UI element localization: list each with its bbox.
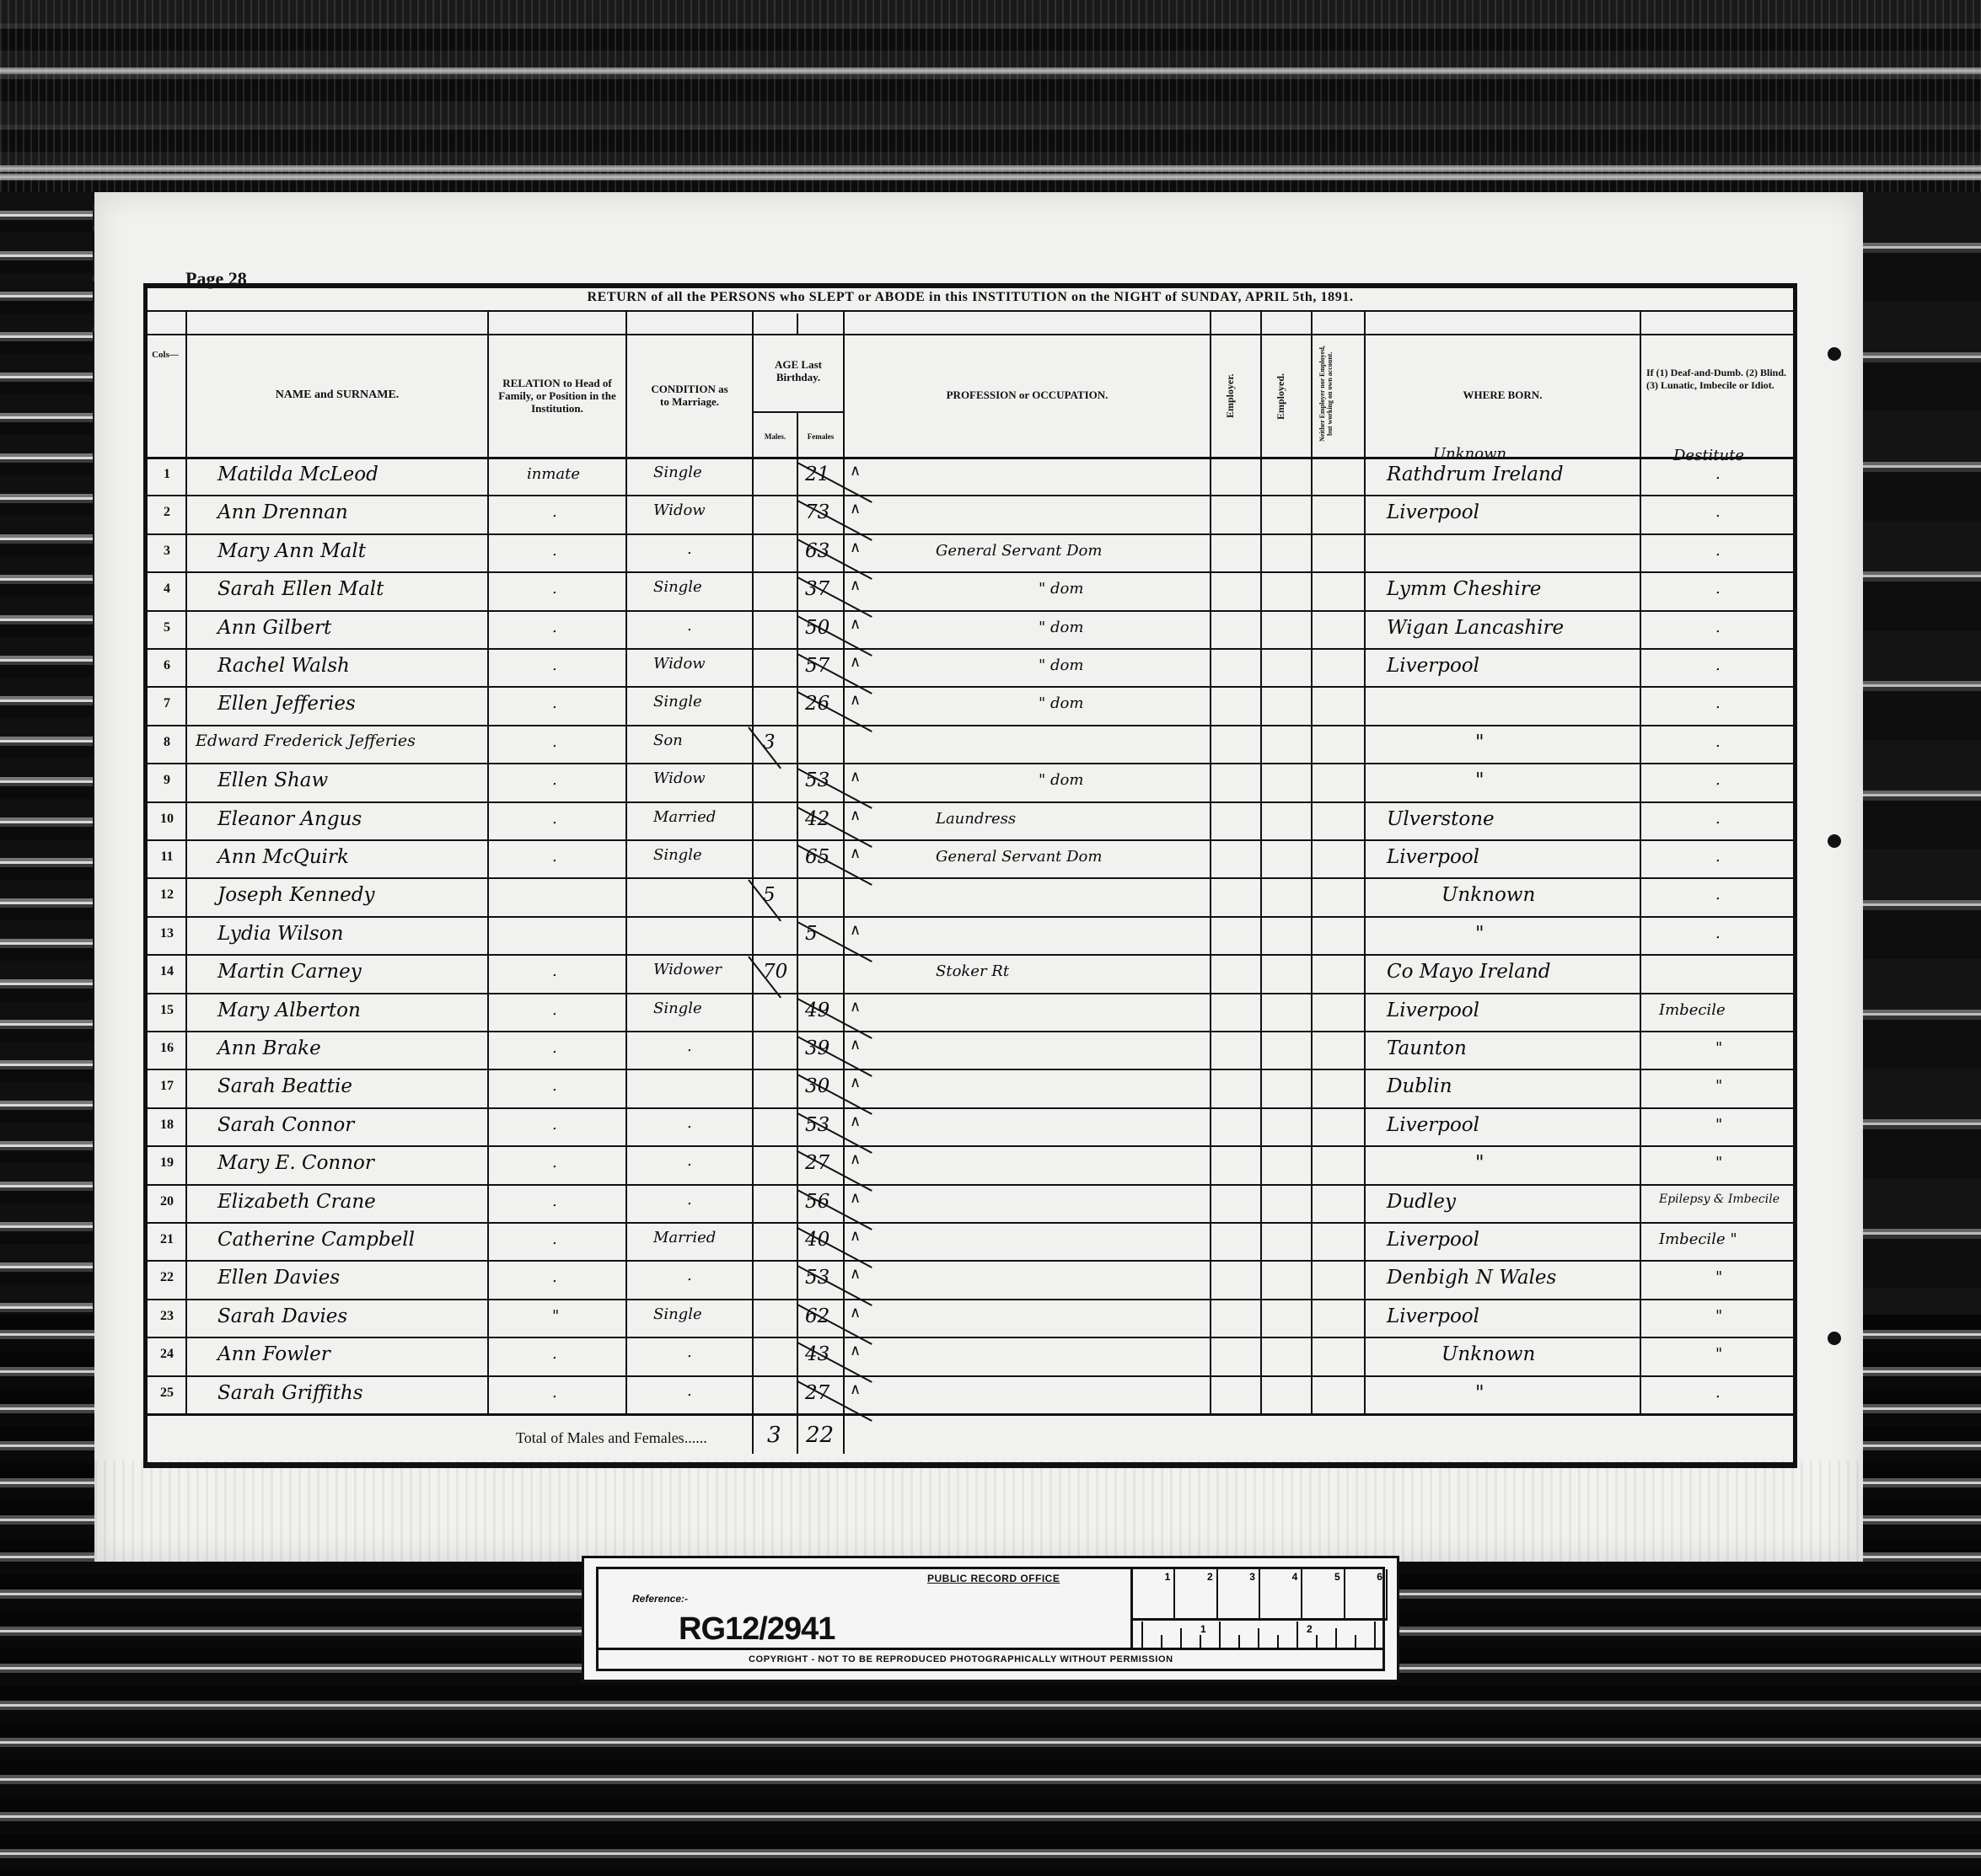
row-rule (145, 533, 1797, 535)
relation-value: . (552, 733, 557, 751)
person-name: Edward Frederick Jefferies (196, 732, 416, 750)
occupation-value: Stoker Rt (936, 962, 1009, 980)
checkmark-icon: ∧ (850, 1265, 861, 1283)
row-rule (145, 954, 1797, 956)
row-rule (145, 993, 1797, 994)
column-number (625, 314, 752, 332)
person-name: Sarah Davies (217, 1305, 347, 1327)
relation-value: . (552, 848, 557, 866)
row-number: 14 (148, 964, 185, 979)
total-females: 22 (806, 1423, 834, 1448)
relation-value: " (552, 1307, 559, 1325)
person-name: Sarah Beattie (217, 1075, 352, 1097)
row-rule (145, 1337, 1797, 1338)
checkmark-icon: ∧ (850, 1227, 861, 1245)
column-rule (1210, 310, 1211, 1413)
infirmity-value: . (1715, 886, 1721, 903)
punch-hole-icon (1828, 1332, 1841, 1345)
ruler-cm-scale: 123456 (1133, 1569, 1388, 1621)
infirmity-value: " (1715, 1268, 1722, 1286)
totals-label: Total of Males and Females...... (516, 1429, 707, 1447)
ruler-tick (1374, 1621, 1376, 1650)
scan-background-left (0, 192, 93, 1321)
infirmity-value: " (1715, 1039, 1722, 1057)
row-number: 8 (148, 735, 185, 750)
ruler-cm-cell: 4 (1260, 1569, 1302, 1618)
infirmity-value: " (1715, 1307, 1722, 1325)
infirmity-value: . (1715, 619, 1721, 636)
relation-value: . (552, 542, 557, 560)
ruler-cm-cell: 5 (1302, 1569, 1345, 1618)
row-number: 6 (148, 658, 185, 673)
birthplace-value: Wigan Lancashire (1387, 617, 1564, 639)
ruler-cm-number: 1 (1165, 1571, 1171, 1583)
row-rule (145, 1299, 1797, 1300)
row-rule (145, 1031, 1797, 1032)
header-females: Females (798, 417, 843, 455)
row-number: 19 (148, 1155, 185, 1171)
person-name: Eleanor Angus (217, 808, 362, 830)
person-name: Martin Carney (217, 961, 362, 983)
column-number (487, 314, 625, 332)
ruler-cm-number: 4 (1292, 1571, 1298, 1583)
total-males: 3 (767, 1423, 781, 1448)
column-rule (625, 310, 627, 1413)
header-neither: Neither Employer nor Employed, but worki… (1318, 341, 1356, 447)
row-number: 5 (148, 620, 185, 635)
birthplace-value: " (1475, 732, 1484, 753)
birthplace-value: " (1475, 769, 1484, 791)
checkmark-icon: ∧ (850, 539, 861, 556)
occupation-value: " dom (1039, 619, 1083, 636)
row-rule (145, 1145, 1797, 1147)
record-office-label: PUBLIC RECORD OFFICE (927, 1573, 1060, 1584)
row-number: 20 (148, 1194, 185, 1209)
condition-value: Widow (653, 769, 706, 787)
condition-value: . (687, 617, 692, 635)
checkmark-icon: ∧ (850, 462, 861, 480)
row-rule (145, 495, 1797, 496)
cols-label: Cols— (145, 346, 185, 364)
row-number: 16 (148, 1041, 185, 1056)
column-number (843, 314, 1210, 332)
row-rule (145, 763, 1797, 764)
top-note-infirmity: Destitute (1673, 447, 1744, 464)
occupation-value: " dom (1039, 657, 1083, 674)
checkmark-icon: ∧ (850, 1074, 861, 1091)
scan-background-right (1863, 192, 1981, 1321)
birthplace-value: Taunton (1387, 1037, 1467, 1059)
column-number (1364, 314, 1640, 332)
header-occupation: PROFESSION or OCCUPATION. (845, 337, 1210, 453)
checkmark-icon: ∧ (850, 768, 861, 785)
relation-value: . (552, 1154, 557, 1171)
checkmark-icon: ∧ (850, 807, 861, 824)
checkmark-icon: ∧ (850, 500, 861, 517)
birthplace-value: Rathdrum Ireland (1387, 464, 1564, 485)
checkmark-icon: ∧ (850, 691, 861, 709)
person-name: Sarah Ellen Malt (217, 578, 384, 600)
ruler-cm-cell: 2 (1175, 1569, 1217, 1618)
relation-value: . (552, 1001, 557, 1019)
condition-value: Widower (653, 961, 722, 978)
header-rule (145, 457, 1797, 459)
row-number: 3 (148, 544, 185, 559)
person-name: Ann Brake (217, 1037, 321, 1059)
infirmity-value: . (1715, 542, 1721, 560)
infirmity-value: . (1715, 810, 1721, 828)
row-number: 23 (148, 1309, 185, 1324)
row-number: 4 (148, 582, 185, 597)
scan-streak (0, 67, 1981, 74)
ruler-cm-cell: 3 (1218, 1569, 1260, 1618)
condition-value: . (687, 1267, 692, 1284)
checkmark-icon: ∧ (850, 653, 861, 671)
row-rule (145, 801, 1797, 803)
row-number: 13 (148, 926, 185, 941)
condition-value: . (687, 1382, 692, 1400)
table-frame (143, 283, 1797, 1468)
header-rule (145, 310, 1797, 312)
header-where-born: WHERE BORN. (1366, 337, 1640, 453)
header-age: AGE Last Birthday. (754, 337, 843, 405)
infirmity-value: Imbecile (1659, 1001, 1726, 1019)
relation-value: . (552, 657, 557, 674)
row-rule (145, 916, 1797, 918)
infirmity-value: . (1715, 733, 1721, 751)
reference-slip: PUBLIC RECORD OFFICE Reference:- RG12/29… (582, 1556, 1399, 1682)
row-number: 9 (148, 773, 185, 788)
row-number: 11 (148, 850, 185, 865)
row-number: 1 (148, 467, 185, 482)
person-name: Ann Fowler (217, 1343, 330, 1365)
relation-value: . (552, 1384, 557, 1402)
ruler-inch-number: 1 (1200, 1623, 1206, 1635)
checkmark-icon: ∧ (850, 1112, 861, 1130)
birthplace-value: Liverpool (1387, 501, 1479, 523)
ruler-tick (1219, 1621, 1221, 1650)
infirmity-value: . (1715, 848, 1721, 866)
row-number: 7 (148, 696, 185, 711)
infirmity-value: . (1715, 925, 1721, 942)
column-rule (1364, 310, 1366, 1413)
header-employer: Employer. (1224, 354, 1237, 438)
header-employed: Employed. (1275, 354, 1287, 438)
relation-value: . (552, 1193, 557, 1210)
occupation-value: " dom (1039, 580, 1083, 598)
relation-value: . (552, 1039, 557, 1057)
birthplace-value: Liverpool (1387, 1305, 1479, 1327)
row-rule (145, 1222, 1797, 1224)
table-title: RETURN of all the PERSONS who SLEPT or A… (143, 285, 1797, 310)
ruler-cm-number: 6 (1377, 1571, 1382, 1583)
row-rule (145, 1069, 1797, 1070)
column-number (1210, 314, 1260, 332)
ruler-tick (1141, 1621, 1143, 1650)
birthplace-value: Unknown (1441, 1343, 1535, 1365)
relation-value: . (552, 1230, 557, 1248)
checkmark-icon: ∧ (850, 998, 861, 1016)
relation-value: . (552, 503, 557, 521)
birthplace-value: " (1475, 1152, 1484, 1174)
row-number: 12 (148, 887, 185, 903)
condition-value: Widow (653, 501, 706, 519)
row-number: 18 (148, 1118, 185, 1133)
occupation-value: " dom (1039, 771, 1083, 789)
occupation-value: General Servant Dom (936, 542, 1102, 560)
condition-value: Single (653, 1000, 702, 1017)
row-rule (145, 610, 1797, 612)
column-number (1311, 314, 1364, 332)
row-rule (145, 1184, 1797, 1186)
row-rule (145, 686, 1797, 688)
column-number (185, 314, 487, 332)
relation-value: . (552, 1268, 557, 1286)
checkmark-icon: ∧ (850, 576, 861, 594)
infirmity-value: Epilepsy & Imbecile (1659, 1193, 1780, 1206)
birthplace-value: Liverpool (1387, 655, 1479, 677)
person-name: Ann McQuirk (217, 846, 349, 868)
column-rule (752, 310, 754, 1454)
infirmity-value: . (1715, 657, 1721, 674)
condition-value: . (687, 1152, 692, 1170)
person-name: Joseph Kennedy (217, 884, 374, 906)
birthplace-value: Liverpool (1387, 1114, 1479, 1136)
row-number: 10 (148, 812, 185, 827)
person-name: Mary E. Connor (217, 1152, 374, 1174)
condition-value: Single (653, 846, 702, 864)
condition-value: . (687, 1114, 692, 1132)
punch-hole-icon (1828, 834, 1841, 848)
row-rule (145, 877, 1797, 879)
scan-streak (0, 174, 1981, 180)
birthplace-value: Ulverstone (1387, 808, 1495, 830)
row-number: 25 (148, 1386, 185, 1401)
person-name: Ellen Jefferies (217, 693, 356, 715)
column-rule (185, 310, 187, 1413)
row-rule (145, 1107, 1797, 1109)
copyright-notice: COPYRIGHT - NOT TO BE REPRODUCED PHOTOGR… (599, 1648, 1382, 1669)
person-name: Matilda McLeod (217, 464, 378, 485)
column-rule (1260, 310, 1262, 1413)
header-name: NAME and SURNAME. (187, 337, 487, 453)
column-number (752, 314, 797, 332)
column-number (1640, 314, 1797, 332)
infirmity-value: . (1715, 465, 1721, 483)
infirmity-value: " (1715, 1116, 1722, 1134)
person-name: Elizabeth Crane (217, 1191, 376, 1213)
checkmark-icon: ∧ (850, 921, 861, 939)
infirmity-value: " (1715, 1345, 1722, 1363)
condition-value: . (687, 1037, 692, 1055)
infirmity-value: Imbecile " (1659, 1230, 1737, 1248)
infirmity-value: " (1715, 1154, 1722, 1171)
checkmark-icon: ∧ (850, 1036, 861, 1053)
condition-value: Son (653, 732, 683, 749)
condition-value: Married (653, 1229, 716, 1246)
birthplace-value: Dudley (1387, 1191, 1456, 1213)
condition-value: Single (653, 1305, 702, 1323)
person-name: Sarah Griffiths (217, 1382, 363, 1404)
row-rule (145, 839, 1797, 841)
relation-value: . (552, 1116, 557, 1134)
row-number: 15 (148, 1003, 185, 1018)
ruler-cm-cell: 6 (1345, 1569, 1388, 1618)
row-number: 2 (148, 505, 185, 520)
header-relation: RELATION to Head of Family, or Position … (489, 337, 625, 453)
relation-value: . (552, 580, 557, 598)
checkmark-icon: ∧ (850, 1380, 861, 1398)
row-rule (145, 648, 1797, 650)
birthplace-value: Lymm Cheshire (1387, 578, 1541, 600)
row-number: 21 (148, 1232, 185, 1247)
birthplace-value: Liverpool (1387, 1229, 1479, 1251)
person-name: Rachel Walsh (217, 655, 350, 677)
condition-value: Single (653, 464, 702, 481)
row-rule (145, 1260, 1797, 1262)
top-note-where-born: Unknown (1433, 445, 1506, 463)
birthplace-value: " (1475, 1382, 1484, 1404)
relation-value: . (552, 810, 557, 828)
person-name: Ann Gilbert (217, 617, 331, 639)
birthplace-value: Dublin (1387, 1075, 1452, 1097)
infirmity-value: . (1715, 503, 1721, 521)
relation-value: . (552, 619, 557, 636)
person-name: Ellen Davies (217, 1267, 340, 1289)
condition-value: . (687, 1343, 692, 1361)
age-subheader-rule (754, 411, 843, 413)
column-rule (843, 310, 845, 1454)
person-name: Ellen Shaw (217, 769, 328, 791)
reference-label: Reference:- (632, 1593, 688, 1605)
person-name: Sarah Connor (217, 1114, 354, 1136)
condition-value: . (687, 1191, 692, 1209)
relation-value: . (552, 694, 557, 712)
birthplace-value: Unknown (1441, 884, 1535, 906)
occupation-value: General Servant Dom (936, 848, 1102, 866)
checkmark-icon: ∧ (850, 1150, 861, 1168)
header-condition: CONDITION as to Marriage. (627, 337, 752, 453)
relation-value: inmate (527, 465, 580, 483)
relation-value: . (552, 1345, 557, 1363)
header-males: Males. (754, 417, 797, 455)
birthplace-value: Denbigh N Wales (1387, 1267, 1556, 1289)
column-number (1260, 314, 1311, 332)
person-name: Mary Alberton (217, 1000, 361, 1021)
condition-value: Widow (653, 655, 706, 673)
relation-value: . (552, 962, 557, 980)
ruler-cm-number: 3 (1249, 1571, 1255, 1583)
row-number: 24 (148, 1347, 185, 1362)
birthplace-value: Co Mayo Ireland (1387, 961, 1550, 983)
infirmity-value: . (1715, 580, 1721, 598)
person-name: Ann Drennan (217, 501, 348, 523)
infirmity-value: " (1715, 1077, 1722, 1095)
ruler-inch-number: 2 (1307, 1623, 1313, 1635)
ruler-cm-number: 5 (1334, 1571, 1340, 1583)
row-rule (145, 571, 1797, 573)
infirmity-value: . (1715, 694, 1721, 712)
column-rule (487, 310, 489, 1413)
condition-value: Married (653, 808, 716, 826)
header-rule (145, 334, 1797, 335)
condition-value: . (687, 540, 692, 558)
person-name: Mary Ann Malt (217, 540, 366, 562)
ruler-tick (1297, 1621, 1298, 1650)
checkmark-icon: ∧ (850, 1304, 861, 1321)
row-rule (145, 725, 1797, 726)
occupation-value: Laundress (936, 810, 1016, 828)
person-name: Lydia Wilson (217, 923, 343, 945)
birthplace-value: Liverpool (1387, 1000, 1479, 1021)
column-rule (1640, 310, 1641, 1413)
condition-value: Single (653, 578, 702, 596)
header-infirmity: If (1) Deaf-and-Dumb. (2) Blind. (3) Lun… (1641, 337, 1798, 421)
row-number: 22 (148, 1270, 185, 1285)
checkmark-icon: ∧ (850, 1342, 861, 1359)
relation-value: . (552, 771, 557, 789)
scan-streak (0, 165, 1981, 172)
column-rule (797, 411, 798, 1454)
ruler-cm-number: 2 (1207, 1571, 1213, 1583)
ruler-cm-cell: 1 (1133, 1569, 1175, 1618)
reference-code: RG12/2941 (679, 1611, 835, 1648)
infirmity-value: . (1715, 771, 1721, 789)
checkmark-icon: ∧ (850, 844, 861, 862)
person-name: Catherine Campbell (217, 1229, 415, 1251)
column-rule (1311, 310, 1313, 1413)
row-rule (145, 1375, 1797, 1377)
column-number (797, 314, 843, 332)
occupation-value: " dom (1039, 694, 1083, 712)
punch-hole-icon (1828, 347, 1841, 361)
row-number: 17 (148, 1079, 185, 1094)
checkmark-icon: ∧ (850, 615, 861, 633)
row-rule (145, 1413, 1797, 1416)
relation-value: . (552, 1077, 557, 1095)
checkmark-icon: ∧ (850, 1189, 861, 1207)
birthplace-value: Liverpool (1387, 846, 1479, 868)
condition-value: Single (653, 693, 702, 710)
reference-slip-inner: PUBLIC RECORD OFFICE Reference:- RG12/29… (596, 1567, 1385, 1671)
infirmity-value: . (1715, 1384, 1721, 1402)
birthplace-value: " (1475, 923, 1484, 945)
scale-ruler: 123456 12 (1130, 1569, 1388, 1650)
